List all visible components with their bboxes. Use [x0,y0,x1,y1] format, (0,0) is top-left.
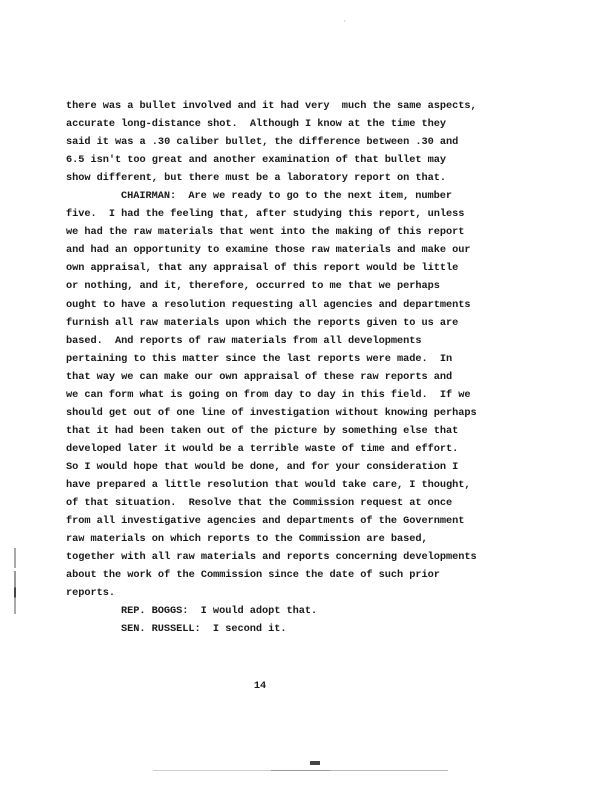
text-line: pertaining to this matter since the last… [66,350,586,368]
text-line: So I would hope that would be done, and … [66,458,586,476]
text-line: CHAIRMAN: Are we ready to go to the next… [66,187,586,205]
text-line: SEN. RUSSELL: I second it. [66,620,586,638]
text-line: raw materials on which reports to the Co… [66,530,586,548]
document-page: · there was a bullet involved and it had… [0,0,612,791]
text-line: have prepared a little resolution that w… [66,476,586,494]
text-line: accurate long-distance shot. Although I … [66,115,586,133]
text-line: about the work of the Commission since t… [66,566,586,584]
text-line: ought to have a resolution requesting al… [66,296,586,314]
text-line: together with all raw materials and repo… [66,548,586,566]
text-line: and had an opportunity to examine those … [66,241,586,259]
text-line: reports. [66,584,586,602]
text-line: five. I had the feeling that, after stud… [66,205,586,223]
text-line: should get out of one line of investigat… [66,404,586,422]
text-line: based. And reports of raw materials from… [66,332,586,350]
text-line: that it had been taken out of the pictur… [66,422,586,440]
text-line: we can form what is going on from day to… [66,386,586,404]
page-number: 14 [250,680,270,692]
text-line: that way we can make our own appraisal o… [66,368,586,386]
text-line: or nothing, and it, therefore, occurred … [66,277,586,295]
text-line: own appraisal, that any appraisal of thi… [66,259,586,277]
bottom-scan-rule [153,770,448,771]
text-line: 6.5 isn't too great and another examinat… [66,151,586,169]
text-line: there was a bullet involved and it had v… [66,97,586,115]
text-line: said it was a .30 caliber bullet, the di… [66,133,586,151]
margin-scan-mark [14,548,16,614]
scan-artifact-mark: · [343,18,347,24]
text-line: from all investigative agencies and depa… [66,512,586,530]
scan-artifact-mark [310,761,320,765]
text-line: developed later it would be a terrible w… [66,440,586,458]
text-line: furnish all raw materials upon which the… [66,314,586,332]
text-line: of that situation. Resolve that the Comm… [66,494,586,512]
text-line: REP. BOGGS: I would adopt that. [66,602,586,620]
text-line: we had the raw materials that went into … [66,223,586,241]
text-line: show different, but there must be a labo… [66,169,586,187]
transcript-body: there was a bullet involved and it had v… [66,97,586,638]
